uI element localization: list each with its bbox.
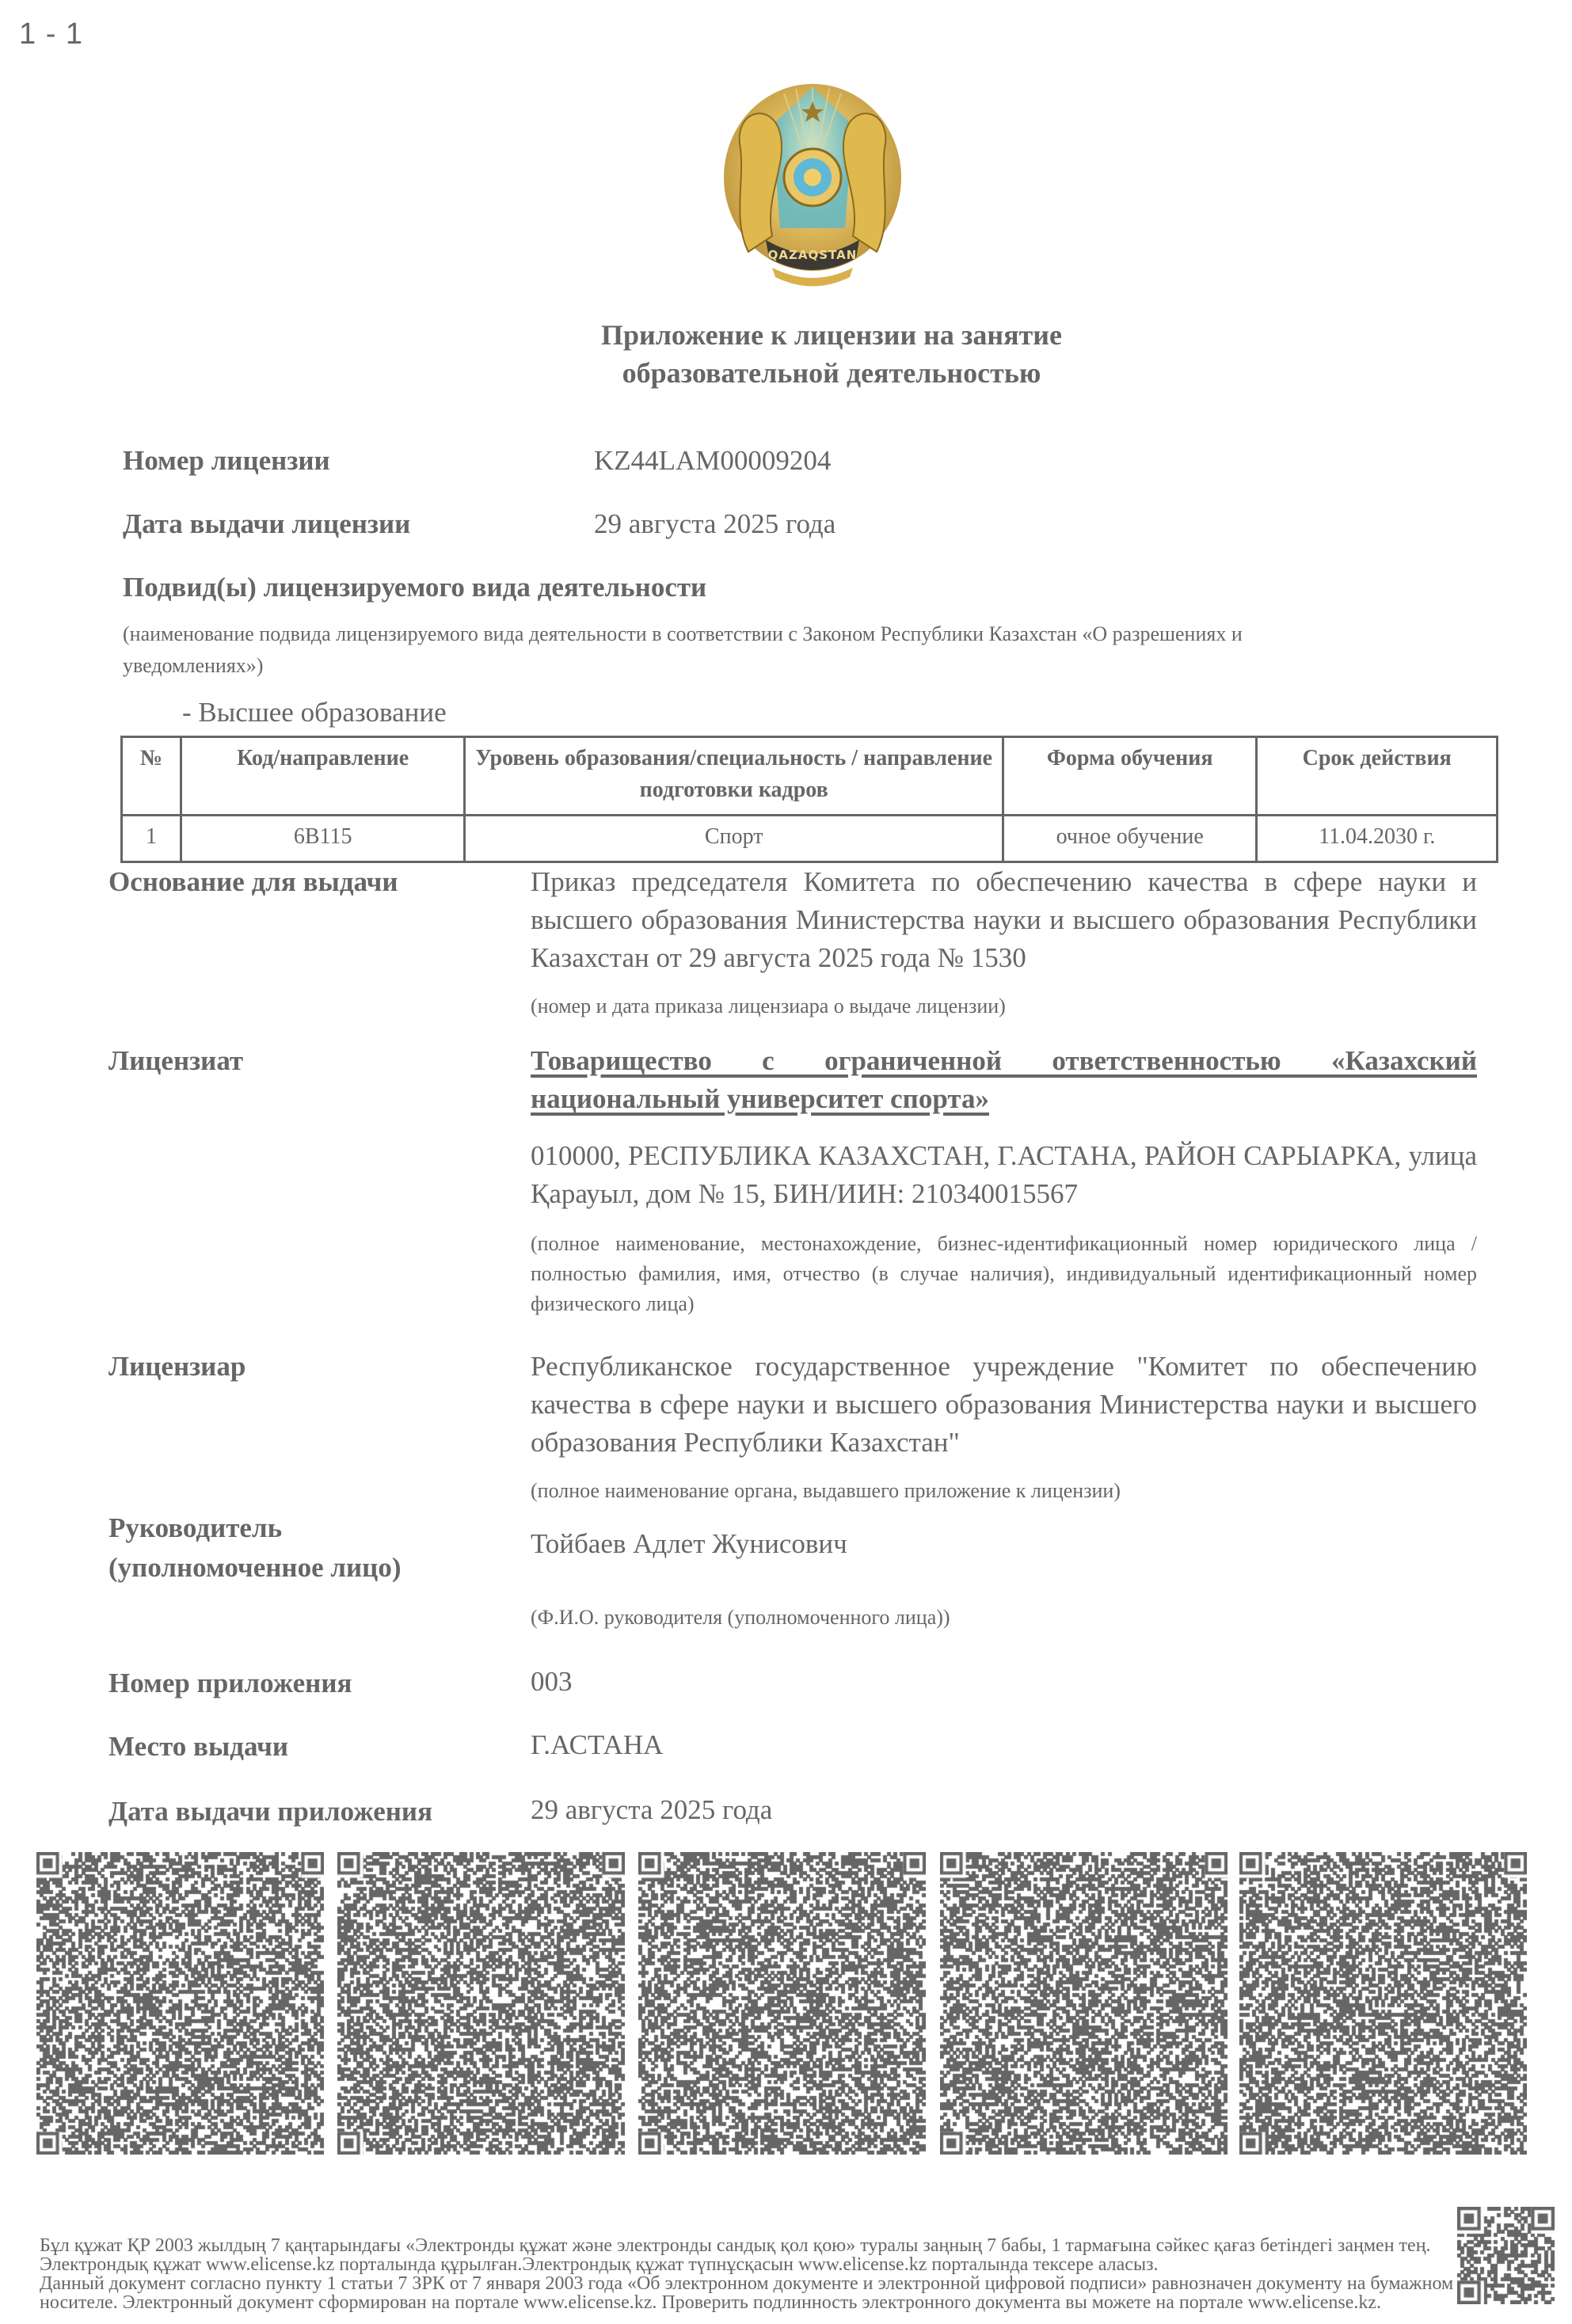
qr-code-1 xyxy=(36,1852,324,2155)
footer-disclaimer: Бұл құжат ҚР 2003 жылдың 7 қаңтарындағы … xyxy=(40,2236,1453,2312)
table-row: 1 6B115 Спорт очное обучение 11.04.2030 … xyxy=(122,816,1498,862)
document-title-line2: образовательной деятельностью xyxy=(0,356,1572,390)
subtypes-note-line1: (наименование подвида лицензируемого вид… xyxy=(123,622,1243,646)
column-header-number: № xyxy=(122,737,181,816)
appendix-date-label: Дата выдачи приложения xyxy=(108,1796,432,1828)
column-header-level: Уровень образования/специальность / напр… xyxy=(465,737,1003,816)
subtypes-note-line2: уведомлениях») xyxy=(123,654,263,678)
subtype-item: - Высшее образование xyxy=(182,697,447,728)
place-value: Г.АСТАНА xyxy=(531,1729,663,1761)
cell-level: Спорт xyxy=(465,816,1003,862)
qr-code-5 xyxy=(1239,1852,1527,2155)
page-indicator: 1 - 1 xyxy=(19,17,83,51)
basis-label: Основание для выдачи xyxy=(108,866,398,898)
license-number-value: KZ44LAM00009204 xyxy=(594,445,831,477)
head-note: (Ф.И.О. руководителя (уполномоченного ли… xyxy=(531,1606,950,1630)
head-label-line1: Руководитель xyxy=(108,1512,282,1544)
license-date-label: Дата выдачи лицензии xyxy=(123,508,410,540)
cell-number: 1 xyxy=(122,816,181,862)
footer-line-1: Бұл құжат ҚР 2003 жылдың 7 қаңтарындағы … xyxy=(40,2236,1453,2255)
subtypes-label: Подвид(ы) лицензируемого вида деятельнос… xyxy=(123,572,706,603)
licensee-note: (полное наименование, местонахождение, б… xyxy=(531,1229,1477,1319)
licensor-label: Лицензиар xyxy=(108,1351,246,1383)
license-number-label: Номер лицензии xyxy=(123,445,330,477)
licensee-name: Товарищество с ограниченной ответственно… xyxy=(531,1042,1477,1118)
head-value: Тойбаев Адлет Жунисович xyxy=(531,1528,847,1560)
programs-table: № Код/направление Уровень образования/сп… xyxy=(120,736,1498,863)
column-header-validity: Срок действия xyxy=(1257,737,1498,816)
head-label-line2: (уполномоченное лицо) xyxy=(108,1552,401,1584)
place-label: Место выдачи xyxy=(108,1731,288,1763)
footer-line-4: носителе. Электронный документ сформиров… xyxy=(40,2293,1453,2312)
table-header-row: № Код/направление Уровень образования/сп… xyxy=(122,737,1498,816)
cell-code: 6B115 xyxy=(181,816,464,862)
appendix-date-value: 29 августа 2025 года xyxy=(531,1794,772,1826)
document-title-line1: Приложение к лицензии на занятие xyxy=(0,318,1572,352)
footer-line-2: Электрондық құжат www.elicense.kz портал… xyxy=(40,2255,1453,2274)
licensee-label: Лицензиат xyxy=(108,1045,243,1077)
licensor-note: (полное наименование органа, выдавшего п… xyxy=(531,1479,1121,1503)
cell-study-form: очное обучение xyxy=(1003,816,1256,862)
basis-value: Приказ председателя Комитета по обеспече… xyxy=(531,863,1477,977)
qr-code-2 xyxy=(337,1852,625,2155)
licensor-value: Республиканское государственное учрежден… xyxy=(531,1348,1477,1462)
cell-validity: 11.04.2030 г. xyxy=(1257,816,1498,862)
appendix-number-value: 003 xyxy=(531,1666,573,1698)
qr-code-3 xyxy=(638,1852,926,2155)
license-date-value: 29 августа 2025 года xyxy=(594,508,835,540)
appendix-number-label: Номер приложения xyxy=(108,1668,352,1699)
column-header-code: Код/направление xyxy=(181,737,464,816)
basis-note: (номер и дата приказа лицензиара о выдач… xyxy=(531,995,1006,1018)
footer-qr-code xyxy=(1457,2207,1555,2304)
state-emblem-icon: QAZAQSTAN xyxy=(717,78,908,290)
svg-text:QAZAQSTAN: QAZAQSTAN xyxy=(768,248,858,262)
licensee-address: 010000, РЕСПУБЛИКА КАЗАХСТАН, Г.АСТАНА, … xyxy=(531,1137,1477,1213)
qr-code-4 xyxy=(940,1852,1228,2155)
column-header-study-form: Форма обучения xyxy=(1003,737,1256,816)
footer-line-3: Данный документ согласно пункту 1 статьи… xyxy=(40,2274,1453,2293)
